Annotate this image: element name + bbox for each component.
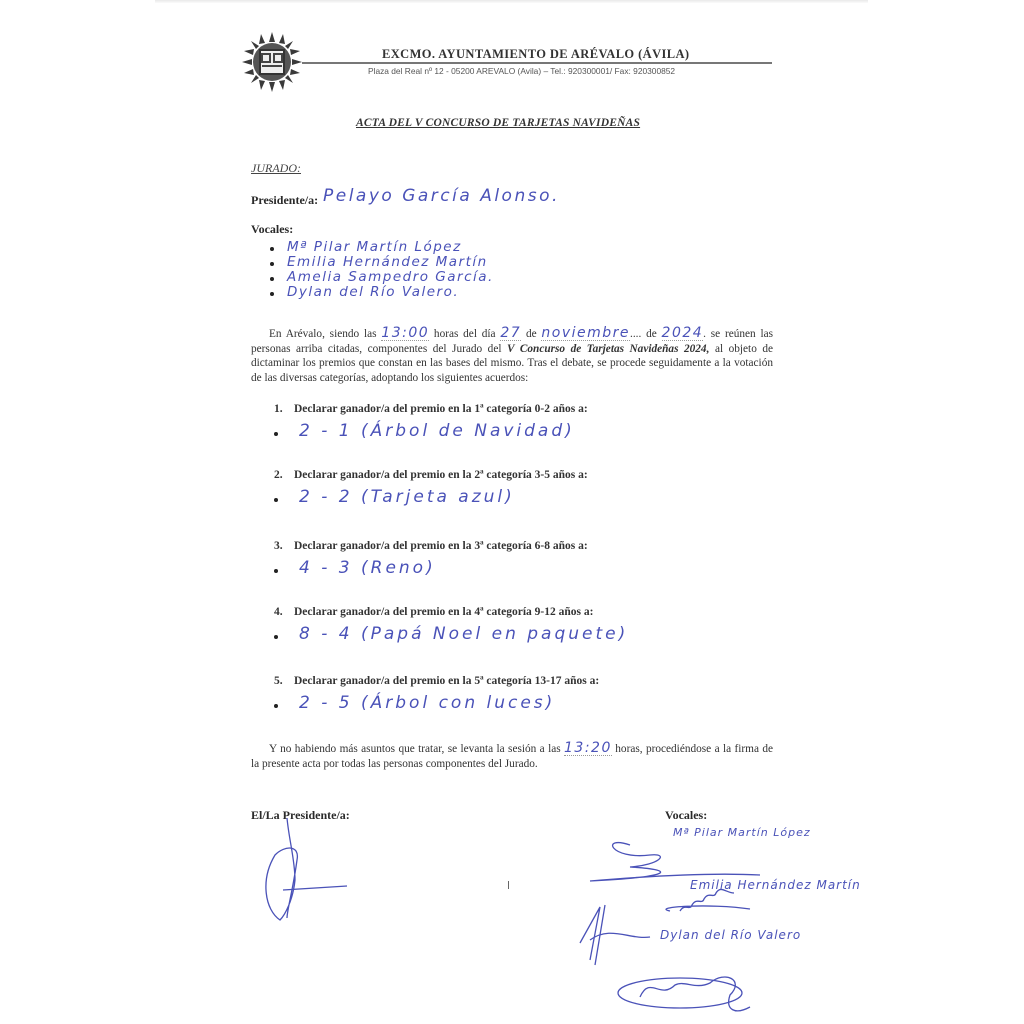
winner-code-handwritten: 2 - 5	[299, 693, 361, 713]
agreement-item: 4.Declarar ganador/a del premio en la 4ª…	[274, 606, 628, 644]
closing-text: Y no habiendo más asuntos que tratar, se…	[251, 743, 561, 755]
vocales-list: Mª Pilar Martín López Emilia Hernández M…	[270, 240, 494, 300]
winner-title-handwritten: (Reno)	[361, 558, 436, 578]
agreement-item: 2.Declarar ganador/a del premio en la 2ª…	[274, 469, 588, 507]
agreement-number: 5.	[274, 675, 294, 687]
vocal-item: Dylan del Río Valero.	[270, 285, 494, 300]
winner-title-handwritten: (Árbol de Navidad)	[361, 421, 575, 441]
coat-of-arms-logo	[240, 30, 304, 94]
agreement-heading: Declarar ganador/a del premio en la 4ª c…	[294, 606, 593, 618]
document-title: ACTA DEL V CONCURSO DE TARJETAS NAVIDEÑA…	[356, 117, 640, 129]
opening-text: de	[526, 328, 537, 340]
vocal-item: Mª Pilar Martín López	[270, 240, 494, 255]
contest-name: V Concurso de Tarjetas Navideñas 2024,	[507, 343, 709, 355]
agreement-heading: Declarar ganador/a del premio en la 1ª c…	[294, 403, 588, 415]
winner-title-handwritten: (Árbol con luces)	[361, 693, 555, 713]
winner-code-handwritten: 8 - 4	[299, 624, 361, 644]
winner-code-handwritten: 2 - 1	[299, 421, 361, 441]
opening-text: En Arévalo, siendo las	[251, 328, 377, 340]
president-signature	[255, 800, 365, 930]
winner-title-handwritten: (Tarjeta azul)	[361, 487, 515, 507]
start-time-handwritten: 13:00	[381, 327, 429, 341]
page-edge	[155, 0, 868, 3]
vocal-item: Emilia Hernández Martín	[270, 255, 494, 270]
month-handwritten: noviembre	[541, 327, 630, 341]
year-handwritten: 2024	[662, 327, 704, 341]
vocal-signature-name: Dylan del Río Valero	[660, 928, 801, 942]
president-label: Presidente/a:	[251, 193, 318, 208]
winner-code-handwritten: 2 - 2	[299, 487, 361, 507]
president-name-handwritten: Pelayo García Alonso.	[323, 186, 560, 206]
vocal-item: Amelia Sampedro García.	[270, 270, 494, 285]
agreement-heading: Declarar ganador/a del premio en la 5ª c…	[294, 675, 599, 687]
scan-artifact	[508, 881, 509, 889]
opening-text: .... de	[630, 328, 657, 340]
day-handwritten: 27	[500, 327, 521, 341]
opening-text: horas del día	[434, 328, 496, 340]
agreement-item: 1.Declarar ganador/a del premio en la 1ª…	[274, 403, 588, 441]
agreement-item: 3.Declarar ganador/a del premio en la 3ª…	[274, 540, 588, 578]
header-divider	[302, 62, 772, 64]
agreement-number: 4.	[274, 606, 294, 618]
agreement-number: 2.	[274, 469, 294, 481]
vocales-label: Vocales:	[251, 222, 293, 237]
jury-section-label: JURADO:	[251, 161, 301, 176]
closing-paragraph: Y no habiendo más asuntos que tratar, se…	[251, 742, 773, 771]
vocal-signature-name: Mª Pilar Martín López	[673, 826, 811, 839]
organization-name: EXCMO. AYUNTAMIENTO DE ARÉVALO (ÁVILA)	[382, 47, 690, 62]
end-time-handwritten: 13:20	[564, 742, 612, 756]
vocales-signatures	[560, 815, 880, 1024]
agreement-heading: Declarar ganador/a del premio en la 3ª c…	[294, 540, 588, 552]
agreement-number: 1.	[274, 403, 294, 415]
winner-code-handwritten: 4 - 3	[299, 558, 361, 578]
agreement-heading: Declarar ganador/a del premio en la 2ª c…	[294, 469, 588, 481]
agreement-item: 5.Declarar ganador/a del premio en la 5ª…	[274, 675, 599, 713]
winner-title-handwritten: (Papá Noel en paquete)	[361, 624, 628, 644]
opening-paragraph: En Arévalo, siendo las 13:00 horas del d…	[251, 327, 773, 385]
organization-address: Plaza del Real nº 12 - 05200 AREVALO (Av…	[368, 66, 675, 76]
agreement-number: 3.	[274, 540, 294, 552]
vocal-signature-name: Emilia Hernández Martín	[690, 878, 861, 892]
